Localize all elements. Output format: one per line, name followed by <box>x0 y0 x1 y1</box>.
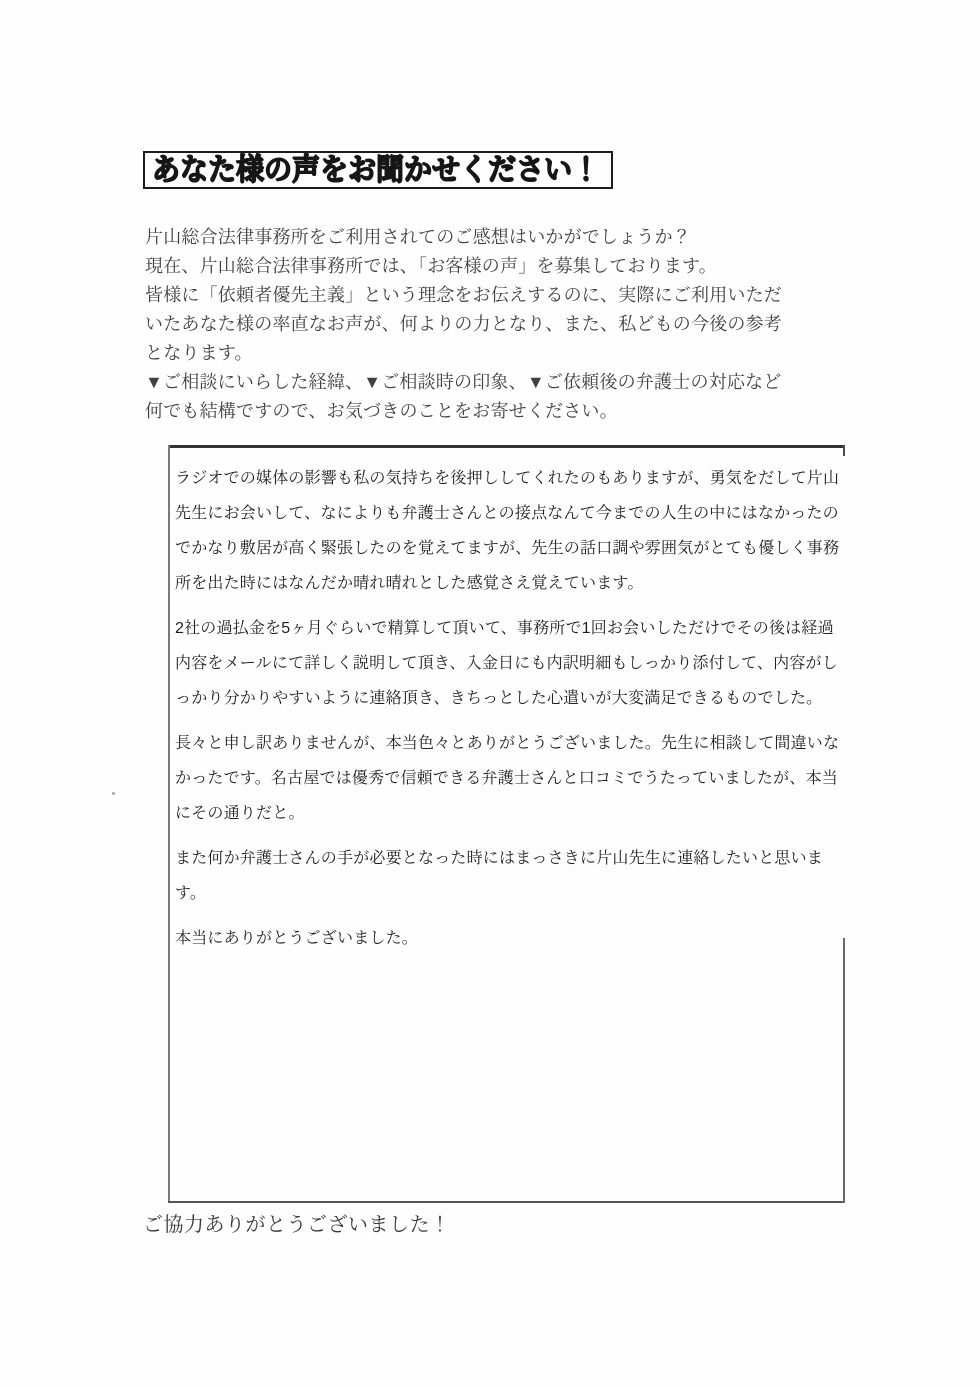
box-border-bottom <box>168 1201 845 1203</box>
feedback-paragraph: また何か弁護士さんの手が必要となった時にはまっさきに片山先生に連絡したいと思いま… <box>175 841 838 911</box>
feedback-paragraph: 2社の過払金を5ヶ月ぐらいで精算して頂いて、事務所で1回お会いしただけでその後は… <box>175 611 838 716</box>
text-line: 本当にありがとうございました。 <box>175 921 838 956</box>
feedback-paragraph: 本当にありがとうございました。 <box>175 921 838 956</box>
intro-line: ▼ご相談にいらした経緯、▼ご相談時の印象、▼ご依頼後の弁護士の対応など <box>145 368 895 397</box>
feedback-text-box: ラジオでの媒体の影響も私の気持ちを後押ししてくれたのもありますが、勇気をだして片… <box>168 445 845 1203</box>
text-line: っかり分かりやすいように連絡頂き、きちっとした心遣いが大変満足できるものでした。 <box>175 681 838 716</box>
box-border-right <box>843 938 845 1203</box>
text-line: かったです。名古屋では優秀で信頼できる弁護士さんと口コミでうたっていましたが、本… <box>175 761 838 796</box>
feedback-body: ラジオでの媒体の影響も私の気持ちを後押ししてくれたのもありますが、勇気をだして片… <box>175 461 838 966</box>
text-line: 長々と申し訳ありませんが、本当色々とありがとうございました。先生に相談して間違い… <box>175 726 838 761</box>
text-line: 所を出た時にはなんだか晴れ晴れとした感覚さえ覚えています。 <box>175 566 838 601</box>
intro-line: いたあなた様の率直なお声が、何よりの力となり、また、私どもの今後の参考 <box>145 310 895 339</box>
intro-line: 皆様に「依頼者優先主義」という理念をお伝えするのに、実際にご利用いただ <box>145 281 895 310</box>
text-line: 2社の過払金を5ヶ月ぐらいで精算して頂いて、事務所で1回お会いしただけでその後は… <box>175 611 838 646</box>
scan-speck <box>112 792 115 795</box>
box-border-left <box>168 445 170 1203</box>
text-line: でかなり敷居が高く緊張したのを覚えてますが、先生の話口調や雰囲気がとても優しく事… <box>175 531 838 566</box>
feedback-paragraph: 長々と申し訳ありませんが、本当色々とありがとうございました。先生に相談して間違い… <box>175 726 838 831</box>
intro-line: 現在、片山総合法律事務所では、「お客様の声」を募集しております。 <box>145 252 895 281</box>
text-line: 内容をメールにて詳しく説明して頂き、入金日にも内訳明細もしっかり添付して、内容が… <box>175 646 838 681</box>
intro-line: 何でも結構ですので、お気づきのことをお寄せください。 <box>145 397 895 426</box>
box-border-top-right-tick <box>843 445 845 456</box>
box-border-top <box>168 445 845 448</box>
page-title: あなた様の声をお聞かせください！ <box>152 155 600 185</box>
intro-line: 片山総合法律事務所をご利用されてのご感想はいかがでしょうか？ <box>145 223 895 252</box>
text-line: 先生にお会いして、なによりも弁護士さんとの接点なんて今までの人生の中にはなかった… <box>175 496 838 531</box>
text-line: また何か弁護士さんの手が必要となった時にはまっさきに片山先生に連絡したいと思いま <box>175 841 838 876</box>
closing-line: ご協力ありがとうございました！ <box>143 1208 451 1237</box>
intro-line: となります。 <box>145 339 895 368</box>
text-line: す。 <box>175 876 838 911</box>
feedback-paragraph: ラジオでの媒体の影響も私の気持ちを後押ししてくれたのもありますが、勇気をだして片… <box>175 461 838 601</box>
scanned-feedback-sheet: あなた様の声をお聞かせください！ 片山総合法律事務所をご利用されてのご感想はいか… <box>0 0 980 1386</box>
text-line: にその通りだと。 <box>175 796 838 831</box>
intro-paragraph: 片山総合法律事務所をご利用されてのご感想はいかがでしょうか？現在、片山総合法律事… <box>145 223 895 426</box>
title-banner: あなた様の声をお聞かせください！ <box>143 151 613 189</box>
text-line: ラジオでの媒体の影響も私の気持ちを後押ししてくれたのもありますが、勇気をだして片… <box>175 461 838 496</box>
